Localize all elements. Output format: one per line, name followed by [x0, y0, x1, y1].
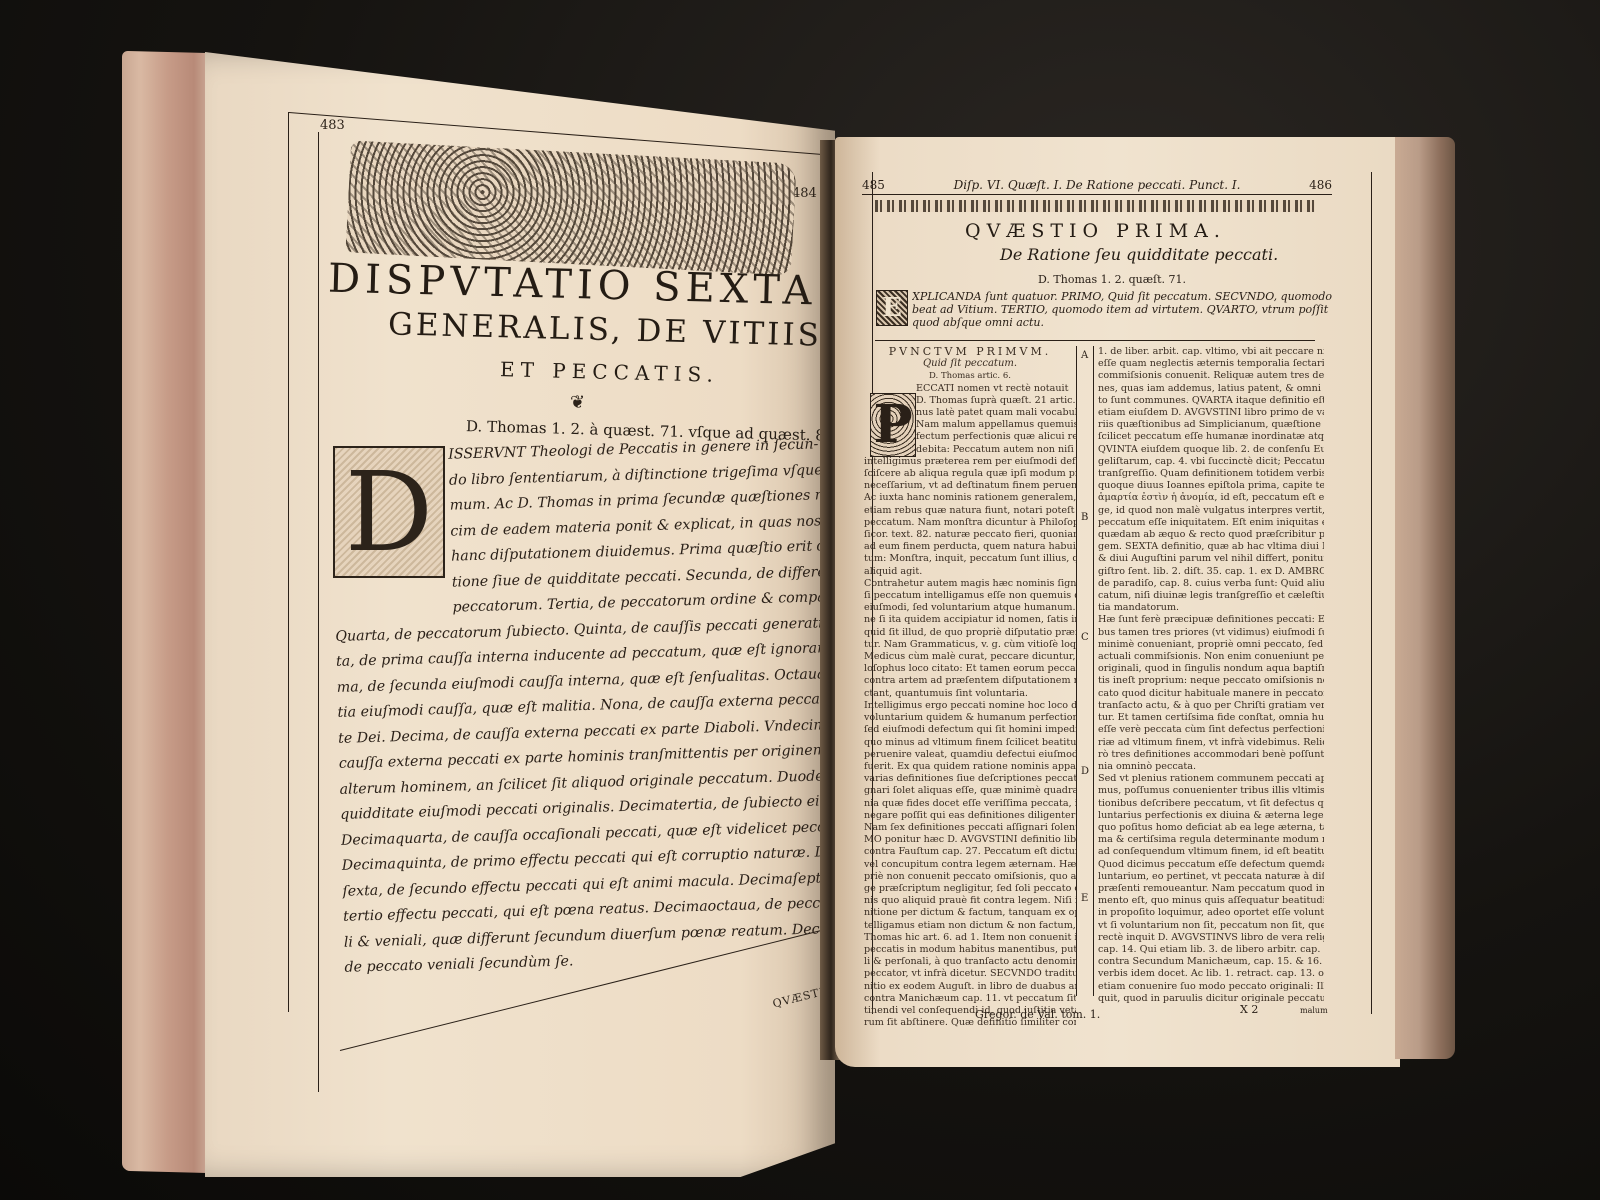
- text-line: intelligimus præterea rem per eiuſmodi d…: [864, 456, 1076, 468]
- margin-letter-c: C: [1081, 632, 1089, 643]
- punctum-subtitle: Quid ſit peccatum.: [864, 358, 1076, 370]
- text-line: ſcilicet peccatum eſſe humanæ inordinatæ…: [1098, 431, 1324, 443]
- catchword-right: malum: [1300, 1006, 1328, 1015]
- text-line: contra Manichæum cap. 11. vt peccatum ſi…: [864, 993, 1076, 1005]
- text-line: ἁμαρτία ἐστὶν ἡ ἀνομία, id eſt, peccatum…: [1098, 492, 1324, 504]
- text-line: voluntarium quidem & humanum perfectioni…: [864, 712, 1076, 724]
- text-line: nis quo aliquid prauè fit contra legem. …: [864, 895, 1076, 907]
- text-line: quod abſque omni actu.: [912, 316, 1332, 329]
- text-line: geliſtarum, cap. 4. vbi ſuccinctè dicit;…: [1098, 456, 1324, 468]
- text-line: catum, niſi diuinæ legis tranſgreſſio et…: [1098, 590, 1324, 602]
- quaestio-reference: D. Thomas 1. 2. quæſt. 71.: [1038, 273, 1186, 286]
- text-line: beat ad Vitium. TERTIO, quomodo item ad …: [912, 303, 1332, 316]
- imprint-footer: Gregor. de Val. tom. 1.: [975, 1008, 1100, 1021]
- text-line: vt ſi voluntarium non ſit, peccatum non …: [1098, 920, 1324, 932]
- page-number-486: 486: [1309, 178, 1332, 192]
- text-line: Intelligimus ergo peccati nomine hoc loc…: [864, 700, 1076, 712]
- text-line: etiam conuenire ſuo modo peccato origina…: [1098, 981, 1324, 993]
- text-line: luntarium, eo pertinet, vt peccata natur…: [1098, 871, 1324, 883]
- text-line: ad eum finem perducta, quem natura habui…: [864, 541, 1076, 553]
- running-head: 485 Diſp. VI. Quæſt. I. De Ratione pecca…: [862, 178, 1332, 195]
- text-line: eiuſmodi, ſed voluntarium atque humanum.…: [864, 602, 1076, 614]
- text-line: peruenire valeat, quamdiu defectui eiuſm…: [864, 749, 1076, 761]
- text-line: QVINTA eiuſdem quoque lib. 2. de conſenſ…: [1098, 444, 1324, 456]
- text-line: in propoſito loquimur, adeo oportet eſſe…: [1098, 907, 1324, 919]
- text-line: varias definitiones ſiue deſcriptiones p…: [864, 773, 1076, 785]
- text-line: peccatis in modum habitus manentibus, pu…: [864, 944, 1076, 956]
- punctum-title: PVNCTVM PRIMVM.: [864, 346, 1076, 358]
- text-line: mus, poſſumus conuenienter tribus illis …: [1098, 785, 1324, 797]
- text-line: giſtro ſent. lib. 2. diſt. 35. cap. 1. e…: [1098, 566, 1324, 578]
- text-line: negare poſſit qui eas definitiones dilig…: [864, 810, 1076, 822]
- text-line: quid ſit illud, de quo propriè diſputati…: [864, 627, 1076, 639]
- quaestio-subtitle: De Ratione ſeu quidditate peccati.: [1000, 245, 1278, 264]
- text-line: tis ineſt proprium: neque peccato omiſsi…: [1098, 675, 1324, 687]
- text-line: ne ſi ita quidem accipiatur id nomen, ſa…: [864, 614, 1076, 626]
- text-line: præſenti remoueantur. Nam peccatum quod …: [1098, 883, 1324, 895]
- margin-letter-e: E: [1081, 893, 1088, 904]
- text-line: tranſgreſſio. Quam definitionem totidem …: [1098, 468, 1324, 480]
- left-fore-edge: [122, 51, 212, 1173]
- text-line: Contrahetur autem magis hæc nominis ſign…: [864, 578, 1076, 590]
- text-line: nia quæ fides docet eſſe veriſſima pecca…: [864, 798, 1076, 810]
- text-line: ma & certiſsima regula determinante modu…: [1098, 834, 1324, 846]
- text-line: cap. 14. Qui etiam lib. 3. de libero arb…: [1098, 944, 1324, 956]
- text-line: & diui Auguſtini parum vel nihil differt…: [1098, 553, 1324, 565]
- punctum-reference: D. Thomas artic. 6.: [864, 370, 1076, 382]
- floriated-initial-p: P: [870, 393, 916, 457]
- running-head-text: Diſp. VI. Quæſt. I. De Ratione peccati. …: [954, 178, 1241, 192]
- text-line: quo minus ad vltimum finem ſcilicet beat…: [864, 737, 1076, 749]
- fleuron-ornament-icon: ❦: [570, 392, 585, 413]
- page-number-485: 485: [862, 178, 885, 192]
- text-line: nia omninò peccata.: [1098, 761, 1324, 773]
- text-line: nitione per dictum & factum, tanquam ex …: [864, 907, 1076, 919]
- text-line: Quod dicimus peccatum eſſe defectum quem…: [1098, 859, 1324, 871]
- text-line: nes, quas iam addemus, latius patent, & …: [1098, 383, 1324, 395]
- text-line: tionibus deſcribere peccatum, vt ſit def…: [1098, 798, 1324, 810]
- text-line: riis quæſtionibus ad Simplicianum, quæſt…: [1098, 419, 1324, 431]
- text-line: verbis idem docet. Ac lib. 1. retract. c…: [1098, 968, 1324, 980]
- woodcut-headpiece-ornament: [345, 140, 796, 275]
- text-line: vel concupitum contra legem æternam. Hæc…: [864, 859, 1076, 871]
- text-line: loſophus loco citato: Et tamen eorum pec…: [864, 663, 1076, 675]
- text-line: minimè conueniant, propriè omni peccato,…: [1098, 639, 1324, 651]
- text-line: Thomas hic art. 6. ad 1. Item non conuen…: [864, 932, 1076, 944]
- text-line: ſicor. text. 82. naturæ peccato fieri, q…: [864, 529, 1076, 541]
- text-line: gem. SEXTA definitio, quæ ab hac vltima …: [1098, 541, 1324, 553]
- text-line: tur. Nam Grammaticus, v. g. cùm vitioſè …: [864, 639, 1076, 651]
- right-fore-edge: [1395, 137, 1455, 1059]
- text-line: peccator, vt infrà dicetur. SECVNDO trad…: [864, 968, 1076, 980]
- ornamental-band: [875, 200, 1315, 212]
- text-line: ad conſequendum vltimum finem, id eſt be…: [1098, 846, 1324, 858]
- text-line: gnari ſolet aliquas eſſe, quæ minimè qua…: [864, 785, 1076, 797]
- text-line: MO ponitur hæc D. AVGVSTINI definitio li…: [864, 834, 1076, 846]
- text-line: aliquid agit.: [864, 566, 1076, 578]
- page-number-484: 484: [792, 186, 817, 201]
- text-line: mento eſt, quo minus quis aſſequatur bea…: [1098, 895, 1324, 907]
- text-line: cato quod dicitur habituale manere in pe…: [1098, 688, 1324, 700]
- text-line: contra artem ad præſentem diſputationem …: [864, 675, 1076, 687]
- text-line: etiam rebus quæ natura fiunt, notari pot…: [864, 505, 1076, 517]
- text-line: Nam ſex definitiones peccati aſſignari ſ…: [864, 822, 1076, 834]
- text-line: neceſſarium, vt ad deſtinatum finem peru…: [864, 480, 1076, 492]
- text-line: tur. Et tamen certiſsima fide conſtat, o…: [1098, 712, 1324, 724]
- open-book: 483 484 DISPVTATIO SEXTA GENERALIS, DE V…: [0, 0, 1600, 1200]
- text-line: peccatum eſſe iniquitatem. Eſt enim iniq…: [1098, 517, 1324, 529]
- text-line: contra Fauſtum cap. 27. Peccatum eſt dic…: [864, 846, 1076, 858]
- text-line: de paradiſo, cap. 8. cuius verba ſunt: Q…: [1098, 578, 1324, 590]
- text-line: originali, quod in ſingulis nondum aqua …: [1098, 663, 1324, 675]
- text-line: riæ ad vltimum finem, vt infrà videbimus…: [1098, 737, 1324, 749]
- margin-letter-a: A: [1081, 350, 1088, 361]
- text-line: rò tres definitiones accommodari benè po…: [1098, 749, 1324, 761]
- text-line: ctant, quantumuis ſint voluntaria.: [864, 688, 1076, 700]
- initial-e: E: [876, 290, 908, 326]
- text-line: ge, id quod non malè vulgatus interpres …: [1098, 505, 1324, 517]
- text-line: rectè inquit D. AVGVSTINVS libro de vera…: [1098, 932, 1324, 944]
- text-line: 1. de liber. arbit. cap. vltimo, vbi ait…: [1098, 346, 1324, 358]
- text-line: fuerit. Ex qua quidem ratione nominis ap…: [864, 761, 1076, 773]
- text-line: XPLICANDA ſunt quatuor. PRIMO, Quid ſit …: [912, 290, 1332, 303]
- text-line: tum: Monſtra, inquit, peccatum ſunt illi…: [864, 553, 1076, 565]
- quaestio-intro: XPLICANDA ſunt quatuor. PRIMO, Quid ſit …: [912, 290, 1332, 329]
- text-line: eſſe quam neglectis æternis temporalia ſ…: [1098, 358, 1324, 370]
- text-line: quoque diuus Ioannes epiſtola prima, cap…: [1098, 480, 1324, 492]
- text-line: bus tamen tres priores (vt vidimus) eiuſ…: [1098, 627, 1324, 639]
- horizontal-rule: [875, 340, 1315, 341]
- text-line: telligamus etiam non dictum & non factum…: [864, 920, 1076, 932]
- text-line: Sed vt plenius rationem communem peccati…: [1098, 773, 1324, 785]
- signature-mark: X 2: [1240, 1003, 1258, 1016]
- text-line: nitio ex eodem Auguſt. in libro de duabu…: [864, 981, 1076, 993]
- text-line: ge præſcriptum negligitur, ſed ſoli pecc…: [864, 883, 1076, 895]
- text-line: ſciſcere ab aliqua regula quæ ipſi modum…: [864, 468, 1076, 480]
- text-line: tia mandatorum.: [1098, 602, 1324, 614]
- margin-letter-d: D: [1081, 766, 1089, 777]
- text-line: eſſe verè peccata cùm ſint defectus perf…: [1098, 724, 1324, 736]
- text-line: ſed eiuſmodi defectum qui ſit homini imp…: [864, 724, 1076, 736]
- text-line: commiſsionis conuenit. Reliquæ autem tre…: [1098, 370, 1324, 382]
- text-line: priè non conuenit peccato omiſsionis, qu…: [864, 871, 1076, 883]
- column-rule-right: [1093, 346, 1094, 996]
- text-line: peccatum. Nam monſtra dicuntur à Philoſo…: [864, 517, 1076, 529]
- text-line: tranſacto actu, & à quo per Chriſti grat…: [1098, 700, 1324, 712]
- text-line: quit, quod in paruulis dicitur originale…: [1098, 993, 1324, 1005]
- text-line: luntarius perfectionis ex diuina & ætern…: [1098, 810, 1324, 822]
- text-line: Ac iuxta hanc nominis rationem generalem…: [864, 492, 1076, 504]
- text-line: etiam eiuſdem D. AVGVSTINI libro primo d…: [1098, 407, 1324, 419]
- margin-letter-b: B: [1081, 512, 1088, 523]
- text-line: ſi peccatum intelligamus eſſe non quemui…: [864, 590, 1076, 602]
- right-column-text: 1. de liber. arbit. cap. vltimo, vbi ait…: [1098, 346, 1324, 1005]
- page-number-483: 483: [320, 118, 345, 133]
- text-line: quædam ab æquo & recto quod præſcribitur…: [1098, 529, 1324, 541]
- text-line: actuali commiſsionis. Non enim conueniun…: [1098, 651, 1324, 663]
- text-line: Medicus cùm malè curat, peccare dicuntur…: [864, 651, 1076, 663]
- text-line: li & perſonali, à quo tranſacto actu den…: [864, 956, 1076, 968]
- text-line: to ſunt communes. QVARTA itaque definiti…: [1098, 395, 1324, 407]
- text-line: contra Secundum Manichæum, cap. 15. & 16…: [1098, 956, 1324, 968]
- text-line: quo poſitus homo deficiat ab ea lege æte…: [1098, 822, 1324, 834]
- text-line: Hæ ſunt ferè præcipuæ definitiones pecca…: [1098, 614, 1324, 626]
- quaestio-title: QVÆSTIO PRIMA.: [965, 220, 1226, 242]
- column-rule-left: [1076, 346, 1077, 996]
- left-page-body-text: ISSERVNT Theologi de Peccatis in genere …: [330, 432, 835, 981]
